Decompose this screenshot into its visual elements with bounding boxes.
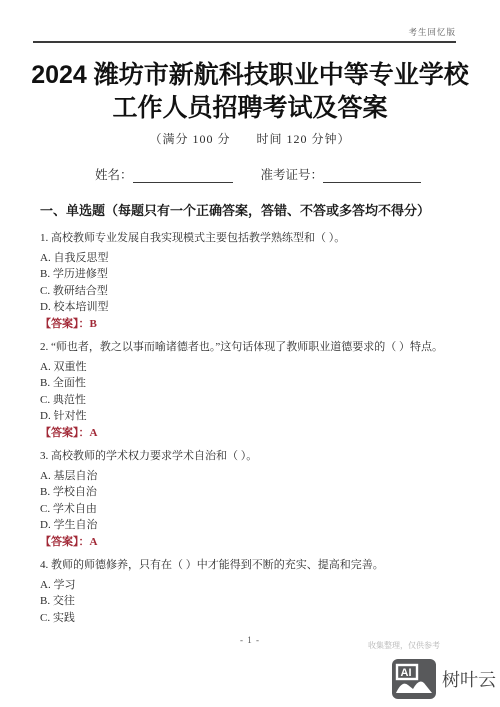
option-a: A. 基层自治 [40,468,462,485]
option-d: D. 学生自治 [40,517,462,534]
brand-name: 树叶云 [442,666,496,692]
answer-line: 【答案】：B [40,316,462,333]
option-c: C. 典范性 [40,392,462,409]
answer-line: 【答案】：A [40,534,462,551]
option-b: B. 学历进修型 [40,266,462,283]
option-c: C. 学术自由 [40,501,462,518]
question-block-3: 3. 高校教师的学术权力要求学术自治和（ ）。 A. 基层自治 B. 学校自治 … [40,448,462,550]
question-block-2: 2. “师也者，教之以事而喻诸德者也。”这句话体现了教师职业道德要求的（ ）特点… [40,339,462,441]
exam-title-line1: 2024 潍坊市新航科技职业中等专业学校 [0,59,500,92]
question-text: 4. 教师的师德修养，只有在（ ）中才能得到不断的充实、提高和完善。 [40,557,462,574]
option-c: C. 教研结合型 [40,283,462,300]
option-c: C. 实践 [40,610,462,627]
option-a: A. 双重性 [40,359,462,376]
name-blank-field [133,170,233,183]
exam-subtitle: （满分 100 分 时间 120 分钟） [0,130,500,147]
exam-title-line2: 工作人员招聘考试及答案 [0,92,500,125]
name-label: 姓名： [95,165,133,183]
option-b: B. 全面性 [40,375,462,392]
exam-id-label: 准考证号： [261,165,324,183]
option-d: D. 针对性 [40,408,462,425]
question-block-1: 1. 高校教师专业发展自我实现模式主要包括教学熟练型和（ ）。 A. 自我反思型… [40,230,462,332]
document-header: 考生回忆版 [0,0,500,43]
exam-id-blank-field [323,170,421,183]
footer-disclaimer: 收集整理，仅供参考 [368,640,440,651]
ai-image-logo-icon: AI [392,659,436,699]
option-a: A. 学习 [40,577,462,594]
candidate-info-row: 姓名： 准考证号： [95,165,500,183]
answer-line: 【答案】：A [40,425,462,442]
section-heading: 一、单选题（每题只有一个正确答案，答错、不答或多答均不得分） [40,200,460,219]
question-list: 1. 高校教师专业发展自我实现模式主要包括教学熟练型和（ ）。 A. 自我反思型… [40,230,462,626]
question-text: 3. 高校教师的学术权力要求学术自治和（ ）。 [40,448,462,465]
option-b: B. 交往 [40,593,462,610]
option-d: D. 校本培训型 [40,299,462,316]
option-b: B. 学校自治 [40,484,462,501]
logo-ai-text: AI [401,667,412,679]
question-text: 2. “师也者，教之以事而喻诸德者也。”这句话体现了教师职业道德要求的（ ）特点… [40,339,462,356]
option-a: A. 自我反思型 [40,250,462,267]
version-label: 考生回忆版 [33,26,456,38]
question-text: 1. 高校教师专业发展自我实现模式主要包括教学熟练型和（ ）。 [40,230,462,247]
question-block-4: 4. 教师的师德修养，只有在（ ）中才能得到不断的充实、提高和完善。 A. 学习… [40,557,462,626]
exam-title: 2024 潍坊市新航科技职业中等专业学校 工作人员招聘考试及答案 [0,59,500,125]
brand-logo-row: AI 树叶云 [392,659,496,699]
header-divider [33,41,456,43]
exam-document-page: 考生回忆版 2024 潍坊市新航科技职业中等专业学校 工作人员招聘考试及答案 （… [0,0,500,707]
